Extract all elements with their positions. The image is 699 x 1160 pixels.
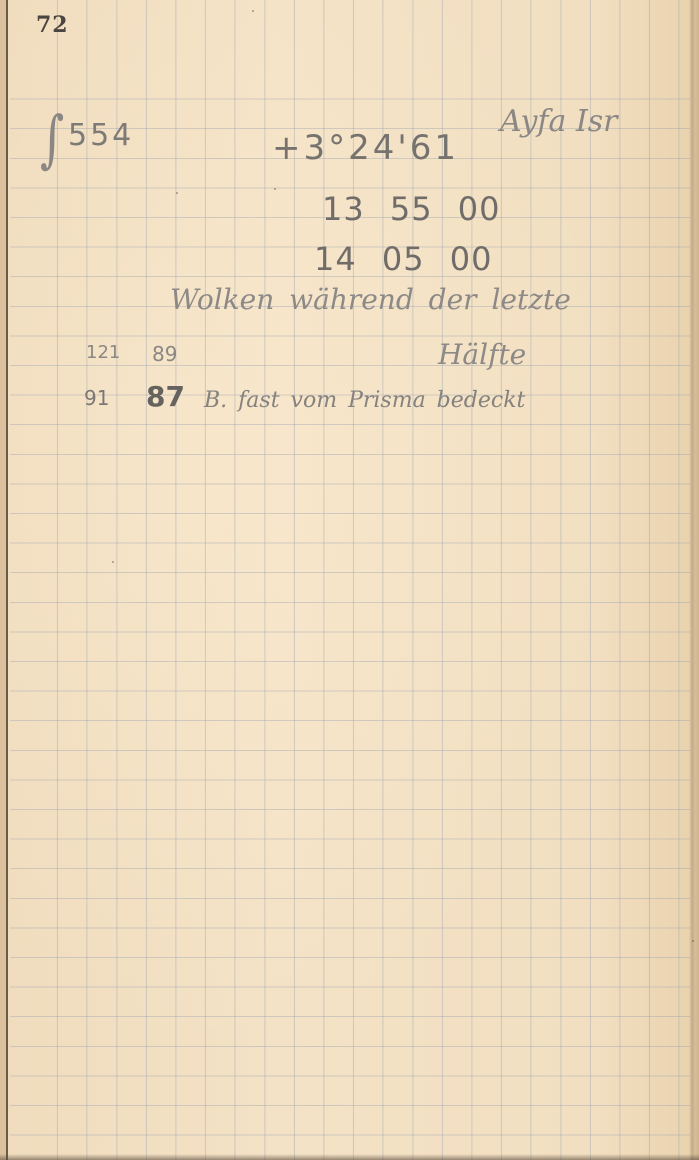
- paper-speck: [252, 10, 254, 12]
- notebook-page: 72 ∫ 554 +3°24'61 Ayfa Isr 13 55 00 14 0…: [0, 0, 699, 1160]
- row-1-col-b: 89: [152, 342, 177, 366]
- page-number: 72: [36, 12, 69, 38]
- paper-speck: [274, 188, 276, 190]
- grid-horizontal-lines: [10, 70, 690, 1160]
- paper-speck: [112, 561, 114, 563]
- note-line-2: Hälfte: [438, 338, 526, 371]
- page-bottom-edge: [0, 1154, 699, 1160]
- page-right-edge: [689, 0, 699, 1160]
- margin-line: [6, 0, 8, 1160]
- paper-speck: [692, 940, 694, 942]
- time-start: 13 55 00: [322, 190, 501, 228]
- paper-speck: [176, 192, 178, 194]
- declination-value: +3°24'61: [272, 128, 459, 168]
- star-name: Ayfa Isr: [500, 104, 618, 139]
- time-end: 14 05 00: [314, 240, 493, 278]
- integral-sign: ∫: [40, 102, 64, 175]
- row-2-col-b: 87: [146, 380, 185, 413]
- row-2-remark: B. fast vom Prisma bedeckt: [204, 388, 525, 413]
- note-line-1: Wolken während der letzte: [170, 283, 571, 316]
- observation-number: 554: [68, 118, 134, 153]
- row-2-col-a: 91: [84, 386, 109, 410]
- row-1-col-a: 121: [86, 342, 120, 363]
